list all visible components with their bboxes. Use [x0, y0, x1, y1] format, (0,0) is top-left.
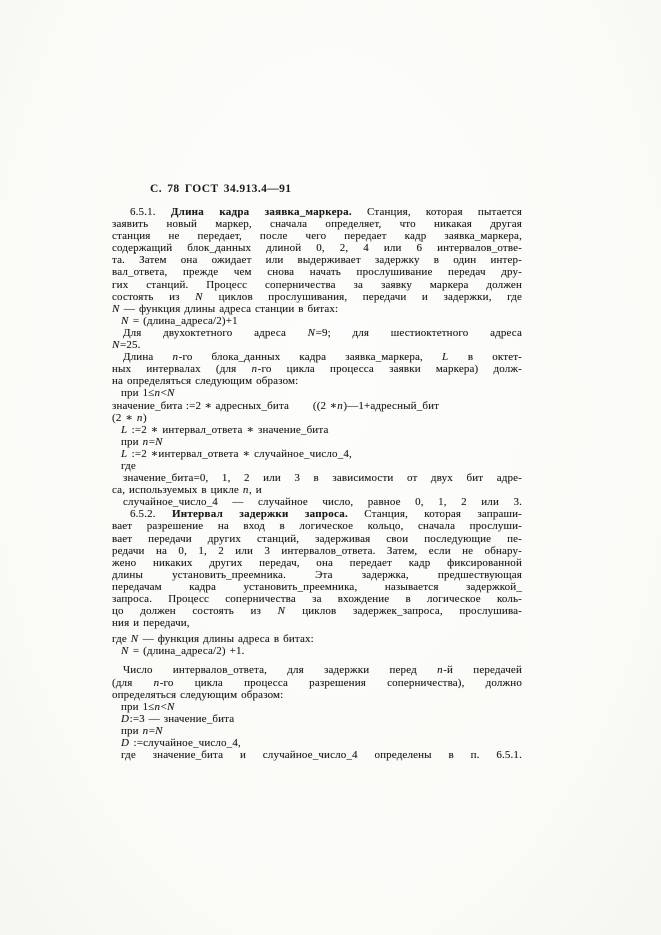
text-line: случайное_число_4 — случайное число, рав…: [112, 496, 522, 508]
text-line: L :=2 ∗интервал_ответа ∗ случайное_число…: [112, 448, 522, 460]
text-line: где: [112, 460, 522, 472]
document-body: 6.5.1. Длина кадра заявка_маркера. Станц…: [112, 206, 522, 761]
text-line: редачи на 0, 1, 2 или 3 интервалов_ответ…: [112, 545, 522, 557]
text-line: на определяться следующим образом:: [112, 375, 522, 387]
text-line: значение_бита :=2 ∗ адресных_бита ((2 ∗n…: [112, 400, 522, 412]
text-line: N = (длина_адреса/2) +1.: [112, 645, 522, 657]
text-line: D :=случайное_число_4,: [112, 737, 522, 749]
text-line: где значение_бита и случайное_число_4 оп…: [112, 749, 522, 761]
text-line: цо должен состоять из N циклов задержек_…: [112, 605, 522, 617]
text-line: вал_ответа, прежде чем снова начать прос…: [112, 266, 522, 278]
text-line: (для n-го цикла процесса разрешения сопе…: [112, 677, 522, 689]
text-line: запроса. Процесс соперничества за вхожде…: [112, 593, 522, 605]
text-line: та. Затем она ожидает или выдерживает за…: [112, 254, 522, 266]
text-line: Для двухоктетного адреса N=9; для шестио…: [112, 327, 522, 339]
text-line: станция не передает, после чего передает…: [112, 230, 522, 242]
text-line: при 1≤n<N: [112, 701, 522, 713]
text-line: содержащий блок_данных длиной 0, 2, 4 ил…: [112, 242, 522, 254]
text-line: где N — функция длины адреса в битах:: [112, 633, 522, 645]
section-heading-line: 6.5.1. Длина кадра заявка_маркера. Станц…: [112, 206, 522, 218]
text-line: N — функция длины адреса станции в битах…: [112, 303, 522, 315]
text-line: значение_бита=0, 1, 2 или 3 в зависимост…: [112, 472, 522, 484]
text-line: определяться следующим образом:: [112, 689, 522, 701]
text-line: Число интервалов_ответа, для задержки пе…: [112, 664, 522, 676]
text-line: D:=3 — значение_бита: [112, 713, 522, 725]
scanned-page: { "page": { "background": "#fbfbf9", "in…: [0, 0, 661, 935]
text-line: длины установить_преемника. Эта задержка…: [112, 569, 522, 581]
text-line: N = (длина_адреса/2)+1: [112, 315, 522, 327]
text-line: гих станций. Процесс соперничества за за…: [112, 279, 522, 291]
text-line: ных интервалах (для n-го цикла процесса …: [112, 363, 522, 375]
text-line: Длина n-го блока_данных кадра заявка_мар…: [112, 351, 522, 363]
text-line: L :=2 ∗ интервал_ответа ∗ значение_бита: [112, 424, 522, 436]
section-heading-line: 6.5.2. Интервал задержки запроса. Станци…: [112, 508, 522, 520]
text-line: вает передачи других станций, задерживая…: [112, 533, 522, 545]
text-line: при 1≤n<N: [112, 387, 522, 399]
text-line: при n=N: [112, 436, 522, 448]
text-line: ния и передачи,: [112, 617, 522, 629]
text-line: (2 ∗ n): [112, 412, 522, 424]
text-line: вает разрешение на вход в логическое кол…: [112, 520, 522, 532]
running-header: С. 78 ГОСТ 34.913.4—91: [150, 183, 291, 195]
text-line: при n=N: [112, 725, 522, 737]
text-line: са, используемых в цикле n, и: [112, 484, 522, 496]
text-line: состоять из N циклов прослушивания, пере…: [112, 291, 522, 303]
text-line: передачам кадра установить_преемника, на…: [112, 581, 522, 593]
document-page: С. 78 ГОСТ 34.913.4—91 6.5.1. Длина кадр…: [0, 0, 661, 935]
text-line: жено никаких других передач, она передае…: [112, 557, 522, 569]
text-line: заявить новый маркер, сначала определяет…: [112, 218, 522, 230]
text-line: N=25.: [112, 339, 522, 351]
